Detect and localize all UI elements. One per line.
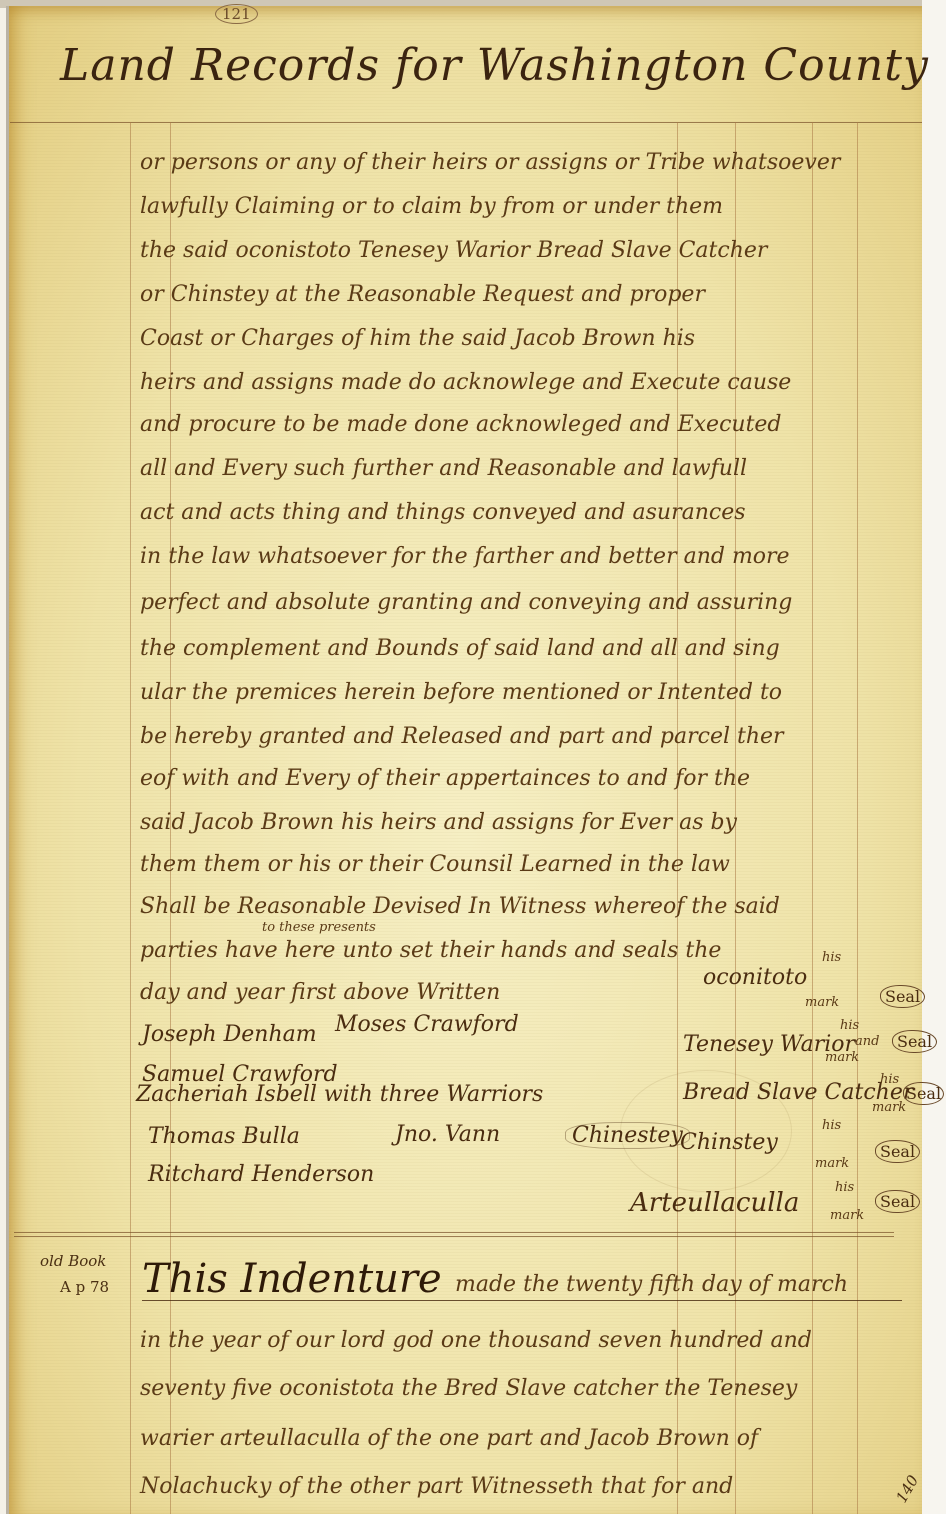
margin-rule-left xyxy=(130,122,131,1514)
body-line: be hereby granted and Released and part … xyxy=(140,724,784,749)
body-line: them them or his or their Counsil Learne… xyxy=(140,852,730,877)
and-label: and xyxy=(855,1034,879,1049)
mark-label: mark xyxy=(815,1156,849,1171)
body-line: heirs and assigns made do acknowlege and… xyxy=(140,370,791,395)
witness-signature: Zacheriah Isbell with three Warriors xyxy=(136,1082,543,1107)
body-line: in the law whatsoever for the farther an… xyxy=(140,544,790,569)
witness-signature: Joseph Denham xyxy=(142,1022,317,1047)
mark-label: mark xyxy=(872,1100,906,1115)
margin-note-old-book: old Book xyxy=(40,1252,106,1270)
mark-label: mark xyxy=(805,995,839,1010)
seal-icon: Seal xyxy=(875,1190,920,1213)
mark-label: mark xyxy=(830,1208,864,1223)
margin-note-reference: A p 78 xyxy=(60,1278,109,1296)
body-line: or Chinstey at the Reasonable Request an… xyxy=(140,282,705,307)
body-line: Shall be Reasonable Devised In Witness w… xyxy=(140,894,780,919)
section-rule-lower xyxy=(14,1236,894,1237)
title-rule xyxy=(10,122,922,123)
witness-signature: Moses Crawford xyxy=(335,1012,519,1037)
body-line: day and year first above Written xyxy=(140,980,500,1005)
body-line: ular the premices herein before mentione… xyxy=(140,680,782,705)
folio-number: 121 xyxy=(215,4,258,24)
signatory-name: oconitoto xyxy=(703,965,807,990)
mark-label: mark xyxy=(825,1050,859,1065)
his-label: his xyxy=(880,1072,899,1087)
indenture-line: seventy five oconistota the Bred Slave c… xyxy=(140,1376,797,1401)
witness-signature: Thomas Bulla xyxy=(148,1124,300,1149)
body-line: and procure to be made done acknowleged … xyxy=(140,412,782,437)
witness-signature-encircled: Chinestey xyxy=(565,1122,690,1149)
his-label: his xyxy=(840,1018,859,1033)
body-line: perfect and absolute granting and convey… xyxy=(140,590,792,615)
section-rule-upper xyxy=(14,1232,894,1233)
his-label: his xyxy=(822,1118,841,1133)
body-line: parties have here unto set their hands a… xyxy=(140,938,721,963)
indenture-line: Nolachucky of the other part Witnesseth … xyxy=(140,1474,733,1499)
interlineation: to these presents xyxy=(262,920,376,935)
column-rule-3 xyxy=(812,122,813,1514)
body-line: lawfully Claiming or to claim by from or… xyxy=(140,194,723,219)
indenture-line: made the twenty fifth day of march xyxy=(455,1272,848,1297)
body-line: Coast or Charges of him the said Jacob B… xyxy=(140,326,695,351)
witness-signature: Jno. Vann xyxy=(395,1122,500,1147)
body-line: eof with and Every of their appertainces… xyxy=(140,766,750,791)
body-line: or persons or any of their heirs or assi… xyxy=(140,150,840,175)
column-rule-4 xyxy=(857,122,858,1514)
seal-icon: Seal xyxy=(903,1082,944,1105)
his-label: his xyxy=(835,1180,854,1195)
indenture-underline xyxy=(142,1300,902,1301)
indenture-line: in the year of our lord god one thousand… xyxy=(140,1328,812,1353)
his-label: his xyxy=(822,950,841,965)
indenture-heading: This Indenture xyxy=(142,1256,442,1302)
page-right-edge xyxy=(922,0,946,1514)
body-line: said Jacob Brown his heirs and assigns f… xyxy=(140,810,737,835)
indenture-line: warier arteullaculla of the one part and… xyxy=(140,1426,758,1451)
body-line: the said oconistoto Tenesey Warior Bread… xyxy=(140,238,767,263)
signatory-name: Arteullaculla xyxy=(630,1188,799,1218)
body-line: the complement and Bounds of said land a… xyxy=(140,636,780,661)
body-line: act and acts thing and things conveyed a… xyxy=(140,500,746,525)
body-line: all and Every such further and Reasonabl… xyxy=(140,456,747,481)
page-title: Land Records for Washington County xyxy=(60,40,929,91)
witness-signature: Ritchard Henderson xyxy=(148,1162,374,1187)
signatory-name: Chinstey xyxy=(680,1130,778,1155)
seal-icon: Seal xyxy=(892,1030,937,1053)
seal-icon: Seal xyxy=(880,985,925,1008)
seal-icon: Seal xyxy=(875,1140,920,1163)
